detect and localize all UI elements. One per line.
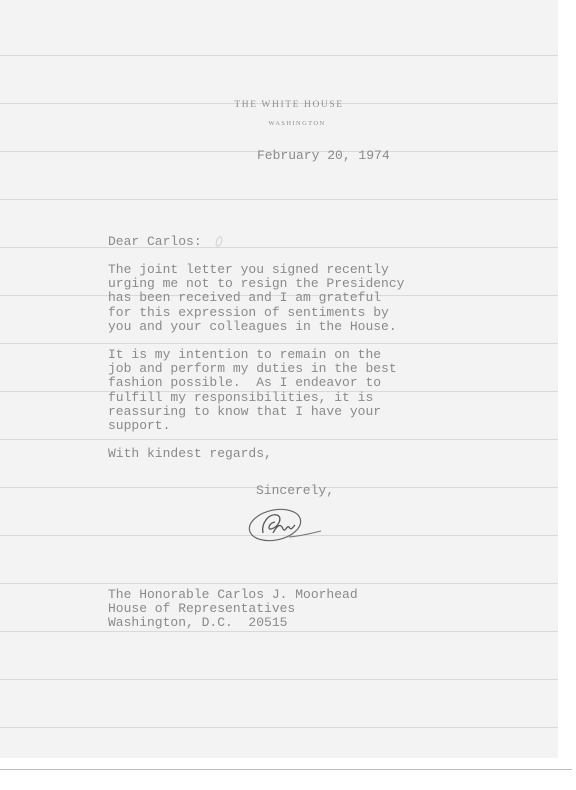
ink-smudge [214,235,223,247]
letter-page: THE WHITE HOUSE WASHINGTON February 20, … [0,0,558,758]
body-paragraph-2: It is my intention to remain on the job … [108,348,397,433]
scan-edge-line [0,769,572,770]
letterhead-title: THE WHITE HOUSE [10,100,568,110]
letter-date: February 20, 1974 [257,149,390,163]
signoff: Sincerely, [256,484,334,498]
letterhead-subtitle: WASHINGTON [18,120,576,127]
salutation: Dear Carlos: [108,235,202,249]
body-paragraph-1: The joint letter you signed recently urg… [108,263,404,334]
closing-line: With kindest regards, [108,447,272,461]
recipient-address: The Honorable Carlos J. Moorhead House o… [108,588,358,631]
signature-icon [243,503,323,547]
